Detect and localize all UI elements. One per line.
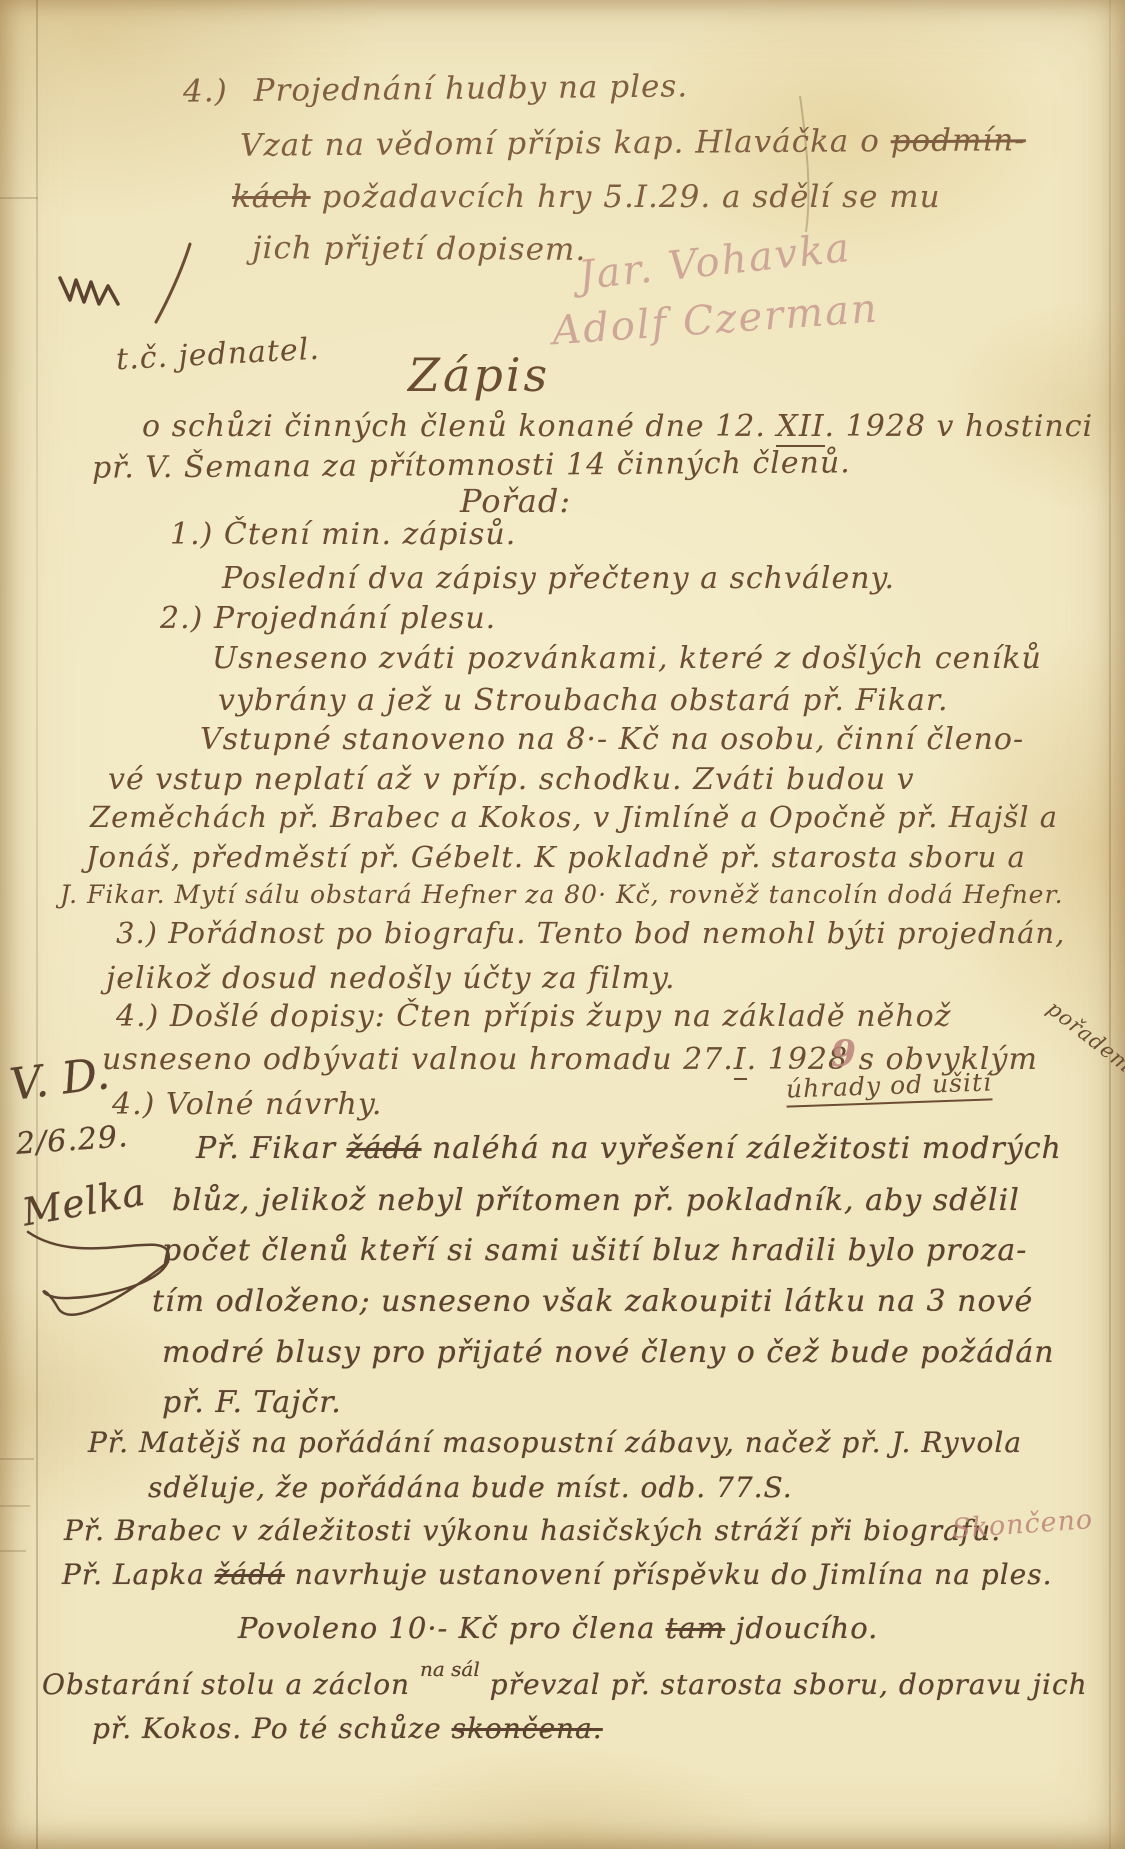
item4b-heading: 4.) Volné návrhy.: [112, 1088, 382, 1121]
text-run: navrhuje ustanovení příspěvku do Jimlína…: [285, 1558, 1053, 1591]
item4b-line4: tím odloženo; usneseno však zakoupiti lá…: [152, 1285, 1033, 1318]
struck-word: kách: [232, 179, 311, 215]
text-run: Př. Lapka: [62, 1558, 215, 1591]
prev-item4-line1: Vzat na vědomí přípis kap. Hlaváčka o po…: [240, 123, 1026, 163]
text-run: Povoleno 10·- Kč pro člena: [238, 1611, 666, 1645]
item4a-line1: 4.) Došlé dopisy: Čten přípis župy na zá…: [116, 1000, 951, 1033]
item4b-line9: Př. Brabec v záležitosti výkonu hasičský…: [64, 1516, 1001, 1547]
text-run: Obstarání stolu a záclon: [42, 1668, 420, 1701]
struck-word: žádá: [347, 1131, 422, 1166]
item2-line4: vé vstup neplatí až v příp. schodku. Zvá…: [108, 763, 915, 796]
item4a-line2-tail: pořadem.: [1042, 997, 1125, 1082]
margin-vidi-mark: V. D.: [7, 1050, 112, 1110]
item4b-line6: př. F. Tajčr.: [162, 1386, 342, 1419]
prev-item4-heading: 4.)Projednání hudby na ples.: [183, 69, 688, 108]
paper-rule: [0, 1550, 26, 1552]
document-title: Zápis: [408, 350, 550, 401]
struck-word: podmín-: [891, 122, 1026, 159]
struck-word: žádá: [215, 1558, 285, 1591]
text-run: o schůzi činných členů konané dne 12.: [142, 409, 776, 444]
text-run: naléhá na vyřešení záležitosti modrých: [421, 1131, 1061, 1166]
item2-line3: Vstupné stanoveno na 8·- Kč na osobu, či…: [200, 723, 1024, 756]
text-run: převzal př. starosta sboru, dopravu jich: [480, 1668, 1088, 1701]
roman-numeral: XII: [776, 409, 824, 447]
signature-first: Jar. Vohavka: [576, 226, 853, 298]
intro-line2: př. V. Šemana za přítomnosti 14 činných …: [92, 446, 851, 484]
pencil-note-closed: Skončeno: [951, 1505, 1094, 1544]
margin-date: 2/6.29.: [15, 1120, 130, 1161]
paper-rule: [0, 1458, 34, 1460]
struck-word: skončena.: [452, 1712, 603, 1745]
scanned-handwritten-minutes-page: 4.)Projednání hudby na ples. Vzat na věd…: [0, 0, 1125, 1849]
item2-line1: Usneseno zváti pozvánkami, které z došlý…: [212, 642, 1042, 675]
item4b-line3: počet členů kteří si sami ušití bluz hra…: [162, 1234, 1027, 1267]
item2-line5: Zeměchách př. Brabec a Kokos, v Jimlíně …: [90, 802, 1058, 834]
item-title: Projednání hudby na ples.: [253, 68, 688, 109]
item2-line7: J. Fikar. Mytí sálu obstará Hefner za 80…: [60, 881, 1064, 909]
item4b-line13: př. Kokos. Po té schůze skončena.: [92, 1714, 603, 1745]
item4b-line5: modré blusy pro přijaté nové členy o čež…: [162, 1336, 1055, 1369]
item1-body: Poslední dva zápisy přečteny a schváleny…: [222, 562, 895, 595]
agenda-label: Pořad:: [460, 484, 571, 519]
paper-rule: [0, 1505, 30, 1507]
corrected-digit: 89: [828, 1043, 848, 1076]
item1-heading: 1.) Čtení min. zápisů.: [170, 518, 516, 551]
roman-numeral: I: [734, 1042, 747, 1080]
text-run: Vzat na vědomí přípis kap. Hlaváčka o: [240, 123, 891, 164]
intro-line1: o schůzi činných členů konané dne 12. XI…: [142, 410, 1093, 443]
secretary-role: t.č. jednatel.: [115, 333, 320, 377]
text-run: požadavcích hry 5.I.29. a sdělí se mu: [311, 179, 941, 215]
item3-line1: 3.) Pořádnost po biografu. Tento bod nem…: [116, 918, 1065, 950]
item2-line6: Jonáš, předměstí př. Gébelt. K pokladně …: [86, 842, 1026, 874]
paper-rule: [0, 197, 38, 199]
text-run: Př. Fikar: [196, 1131, 347, 1166]
prev-item4-line3: jich přijetí dopisem.: [252, 231, 586, 267]
signature-flourish: [28, 1232, 169, 1315]
text-run: . 192: [747, 1042, 828, 1077]
item4b-line2: blůz, jelikož nebyl přítomen př. pokladn…: [172, 1184, 1020, 1217]
text-run: . 1928 v hostinci: [825, 409, 1094, 444]
margin-signature: Melka: [19, 1172, 149, 1235]
inserted-above-line: na sál: [420, 1657, 480, 1681]
item2-line2: vybrány a jež u Stroubacha obstará př. F…: [218, 684, 949, 717]
overwritten-digit: 9: [831, 1035, 857, 1075]
item2-heading: 2.) Projednání plesu.: [160, 602, 496, 635]
slash-mark: [156, 244, 190, 322]
squiggle-mark: [60, 278, 118, 304]
item4b-line1: Př. Fikar žádá naléhá na vyřešení záleži…: [196, 1132, 1062, 1165]
text-run: jdoucího.: [725, 1611, 878, 1645]
item4b-line7: Př. Matějš na pořádání masopustní zábavy…: [88, 1428, 1022, 1459]
text-run: př. Kokos. Po té schůze: [92, 1712, 452, 1745]
struck-word: tam: [666, 1611, 725, 1645]
prev-item4-line2: kách požadavcích hry 5.I.29. a sdělí se …: [232, 180, 941, 214]
item4b-line12: Obstarání stolu a záclon na sál převzal …: [42, 1670, 1088, 1701]
item4b-line11: Povoleno 10·- Kč pro člena tam jdoucího.: [238, 1613, 878, 1645]
interlinear-note: úhrady od ušití: [786, 1068, 993, 1107]
item4b-line10: Př. Lapka žádá navrhuje ustanovení přísp…: [62, 1560, 1053, 1591]
text-run: usneseno odbývati valnou hromadu 27.: [102, 1042, 734, 1077]
item4b-line8: sděluje, že pořádána bude míst. odb. 77.…: [148, 1473, 793, 1504]
item-number: 4.): [183, 74, 228, 109]
item3-line2: jelikož dosud nedošly účty za filmy.: [106, 962, 676, 995]
